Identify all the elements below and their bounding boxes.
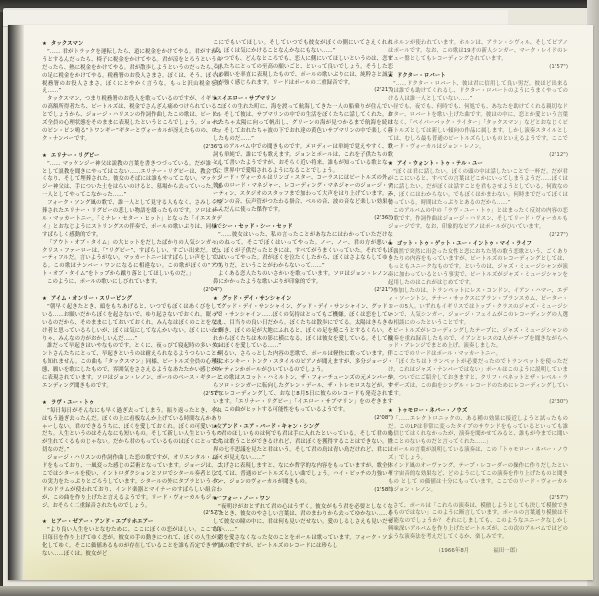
star-icon: ★: [388, 73, 393, 79]
paragraph: ビートルズがレコーディングしたテープに、ジャズ・ミュージシャンの演奏を重ね録音し…: [388, 328, 568, 352]
paragraph: よくある恋人たちのいさかいを歌っています。ソロはジョン・レノン、鼻にかかったよう…: [213, 271, 393, 287]
song-duration: (2'36"): [42, 144, 222, 152]
song-duration: (2'30"): [388, 399, 568, 407]
song-title: グッド・デイ・サンシャイン: [222, 296, 292, 302]
paragraph: 明るい、さらっとした内容の恋歌で、ポールは軽快に歌っています。伴奏にホンキー・ト…: [213, 351, 393, 375]
song-duration: (2'21"): [213, 287, 393, 295]
paragraph: 偶然で突然に出会った女性と恋におちた男の歌う恋歌という、ごくありきたりの内容をも…: [388, 249, 568, 289]
paragraph: “…… 君がトラックを運転したら、道に税金をかけてやる。君がすわろうとするんだっ…: [42, 49, 222, 96]
star-icon: ★: [213, 96, 218, 102]
song-duration: (2'04"): [42, 287, 222, 295]
song-duration: (2'27"): [388, 232, 568, 240]
song-title: ヒアー・ゼアー・アンド・エブリホエアー: [51, 519, 153, 525]
song-title: エリナー・リグビー: [51, 153, 100, 159]
song-duration: (1'57"): [388, 64, 568, 72]
paragraph: “……ドクター・ロバート、彼は君に信用して良い男だ。彼ほど出来る人は誰でも助けて…: [388, 81, 568, 105]
paragraph: 誰だって早起きはいやなものです。とくに、夜っぴて寝起時の多いタレントさんたちにと…: [42, 343, 222, 390]
paragraph: “…… マッケンジー神父は説教の言葉を書きつづっている。だが誰一人として説教を聞…: [42, 161, 222, 201]
song-duration: (2'21"): [213, 87, 393, 95]
song-duration: (2'57"): [42, 510, 222, 518]
song-heading: ★ドクター・ロバート: [388, 73, 568, 81]
text-column-2: こにでもいてほしい。そしていつでも彼女がぼくの側にいてさえくれれば、ぼくは気にか…: [213, 40, 393, 551]
song-heading: ★タックスマン: [42, 41, 222, 49]
song-duration: (2'57"): [388, 495, 568, 503]
paragraph: このように、ポールの歌いにしびれています。: [42, 279, 222, 287]
song-title: ラヴ・ユー・トゥ: [51, 400, 94, 406]
star-icon: ★: [42, 296, 47, 302]
paragraph: “グッド・デイ・サンシャイン、グッド・デイ・サンシャイン、グッド・デイ・サンシャ…: [213, 304, 393, 351]
song-title: アイ・ウォント・トゥ・テル・ユー: [397, 161, 483, 167]
paragraph: さて、ポールは「これらの演奏は、模倣しようとしても決して模倣できるものではない」…: [388, 503, 568, 543]
paragraph: 参加したのは、トランペットにレス・コンドン、イアン・ハマー、エディ・ソーントン、…: [388, 288, 568, 328]
song-title: フォー・ノー・ワン: [222, 496, 271, 502]
paragraph: インド風のオーヴァング、テープ・レコーダーの操作に作りだしたという宇宙音的な効果…: [388, 463, 568, 495]
song-heading: ★アイム・オンリー・スリーピング: [42, 296, 222, 304]
paragraph: “朝早く起きたとき、頭をもちあげると、いつでもぼくはあくびをしている……お願いだ…: [42, 304, 222, 344]
star-icon: ★: [213, 224, 218, 230]
paragraph: リード・ヴォーカルはリンゴ・スター、コーラスにはビートルズの外、彼らのロード・マ…: [213, 175, 393, 215]
star-icon: ★: [42, 519, 47, 525]
star-icon: ★: [213, 496, 218, 502]
song-duration: (2'36"): [213, 215, 393, 223]
song-heading: ★グッド・デイ・サンシャイン: [213, 296, 393, 304]
star-icon: ★: [388, 241, 393, 247]
song-title: タックスマン: [51, 41, 83, 47]
text-column-1: ★タックスマン“…… 君がトラックを運転したら、道に税金をかけてやる。君がすわろ…: [42, 40, 222, 559]
paragraph: ジョージ・ハリスンの作詞作曲した恋の歌ですが、オリエンタル・ムードをもっており、…: [42, 455, 222, 510]
paragraph: “ぼくの生れた町に、海を渡って航海してきた一人の船乗りが住んでいた。そして彼は、…: [213, 104, 393, 144]
song-heading: ★トゥモロー・ネバー・ノウズ: [388, 408, 568, 416]
song-title: アンド・ユア・バード・キャン・シング: [222, 424, 319, 430]
signature-footer: （1966年8月福田一郎）: [388, 548, 568, 556]
song-title: トゥモロー・ネバー・ノウズ: [397, 408, 467, 414]
star-icon: ★: [388, 161, 393, 167]
song-duration: (1'58"): [213, 487, 393, 495]
paragraph: “君のほしいものは何でも君は手に入れたといっている。そして君の鳥たちは歌うことが…: [213, 431, 393, 463]
song-duration: (2'57"): [42, 391, 222, 399]
song-heading: ★アイ・ウォント・トゥ・テル・ユー: [388, 161, 568, 169]
date-text: （1966年8月: [436, 548, 470, 554]
song-title: ゴット・トゥ・ゲット・ユー・イントゥ・マイ・ライフ: [397, 241, 532, 247]
song-heading: ★ゴット・トゥ・ゲット・ユー・イントゥ・マイ・ライフ: [388, 241, 568, 249]
paragraph: “毎日毎日がそんなにも早く過ぎ去ってしまう。振り返ったとき、それはもう過ぎ去った…: [42, 408, 222, 455]
paragraph: “……彼女はいった、私の言ったことがあなたにはわかっていただけないのねって。そこ…: [213, 232, 393, 272]
star-icon: ★: [213, 424, 218, 430]
star-icon: ★: [42, 41, 47, 47]
paragraph: 「……エレクトロニックの、ある種の効果に接近しようと試ったものだ。このLPは非常…: [388, 416, 568, 448]
paragraph: タックスマン、つまり税務署のお役人を歌っているのですが、イギリスの高額所得者たち…: [42, 96, 222, 143]
paragraph: “より良い人生をいとなむために、ここにぼくの恋がほしい。ここで毎日毎日を作り上げ…: [42, 527, 222, 559]
song-heading: ★ラヴ・ユー・トゥ: [42, 400, 222, 408]
song-heading: ★フォー・ノー・ワン: [213, 496, 393, 504]
song-heading: ★シー・セッド・シー・セッド: [213, 224, 393, 232]
paragraph: ポールの言葉が説明している演奏は、この「トゥモロー・ネバー・ノウズ」でしょう。: [388, 447, 568, 463]
song-title: アイム・オンリー・スリーピング: [51, 296, 132, 302]
song-title: イエロー・サブマリン: [222, 96, 276, 102]
star-icon: ★: [42, 153, 47, 159]
star-icon: ★: [42, 400, 47, 406]
text-column-3: くホルンが使われています。ホルンは、アラン・シヴィル、そしてピアノはポールです。…: [388, 40, 568, 556]
paragraph: くホルンが使われています。ホルンは、アラン・シヴィル、そしてピアノはポールです。…: [388, 40, 568, 64]
paragraph: このアルバムの中の「ラヴ・ユー・トゥ」とはまったく反対の内容の恋の歌です。作詞作…: [388, 208, 568, 232]
paragraph: 「ぼくたちはトランペットが必要だったのでトランペットを使っただけ。これはジャズ・…: [388, 359, 568, 399]
paragraph: このアルバム中での聞きものです。メロディーは単純で覚えやすく、歌詞も単純で、誰に…: [213, 144, 393, 176]
song-title: シー・セッド・シー・セッド: [222, 224, 293, 230]
paragraph: “夜明けがおとずれて君の心はうずく。彼女がもう君を必要としなくなったとき、彼女の…: [213, 504, 393, 536]
paragraph: 大げさに表現しますと、なにか哲学的な内容をもっていますが、歌全体としては、普通の…: [213, 463, 393, 487]
song-duration: (2'12"): [388, 152, 568, 160]
star-icon: ★: [213, 296, 218, 302]
paragraph: フォーク・ソング風の歌で、誰一人として見守る人もなく、さみしく埋葬されたエリナー…: [42, 200, 222, 240]
song-title: ドクター・ロバート: [397, 73, 446, 79]
backdrop-bottom: [0, 586, 599, 596]
paragraph: いつでも、どんなところでも、恋人に側にいてほしいというのは、恋する人たちにとって…: [213, 56, 393, 88]
author-text: 福田一郎）: [493, 548, 520, 554]
paragraph: 「アウト・オブ・タイム」の大ヒットをだしたばかりの人気シンガー、クリス・ファーロ…: [42, 240, 222, 280]
page-shadow: [8, 25, 24, 580]
paragraph: “ぼくは君に話したい。ぼくの頭の中は話したいことで一杯だ。だが君がここにいると、…: [388, 169, 568, 209]
paragraph: 君を愛さなくなった女のことをポールは歌っています。フォーク・ソング風の歌ですが、…: [213, 535, 393, 551]
paragraph: こにでもいてほしい。そしていつでも彼女がぼくの側にいてさえくれれば、ぼくは気にか…: [213, 40, 393, 56]
star-icon: ★: [388, 408, 393, 414]
paragraph: この歌はスコット・ハミルトン、ザ・フォーチューンズの元メンバーからソロ・シンガー…: [213, 375, 393, 415]
paragraph: 昼でも、夜でも、何時でも、何処でも、あなたを助けてくれる親切なドクター、ロバート…: [388, 104, 568, 151]
song-duration: (2'08"): [213, 415, 393, 423]
song-heading: ★エリナー・リグビー: [42, 153, 222, 161]
